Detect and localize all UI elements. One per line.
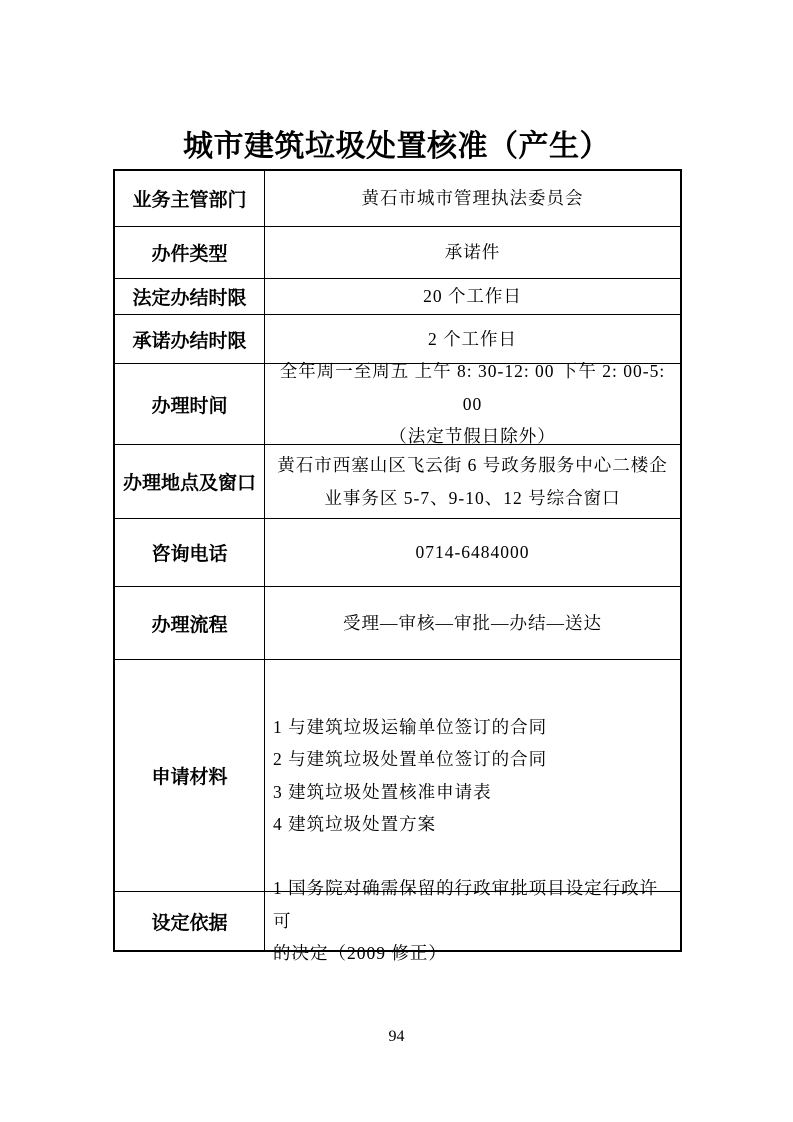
row-label: 申请材料 (115, 660, 265, 891)
row-value: 1 国务院对确需保留的行政审批项目设定行政许可 的决定（2009 修正） (265, 892, 680, 950)
document-page: 城市建筑垃圾处置核准（产生） 业务主管部门黄石市城市管理执法委员会办件类型承诺件… (0, 0, 793, 1122)
page-number: 94 (0, 1028, 793, 1046)
table-row: 业务主管部门黄石市城市管理执法委员会 (115, 171, 680, 227)
row-value: 黄石市城市管理执法委员会 (265, 171, 680, 226)
row-value: 20 个工作日 (265, 279, 680, 314)
table-row: 办理时间全年周一至周五 上午 8: 30-12: 00 下午 2: 00-5: … (115, 364, 680, 445)
row-label: 承诺办结时限 (115, 315, 265, 363)
row-value: 受理—审核—审批—办结—送达 (265, 587, 680, 659)
table-row: 设定依据1 国务院对确需保留的行政审批项目设定行政许可 的决定（2009 修正） (115, 892, 680, 950)
row-label: 办理时间 (115, 364, 265, 444)
row-label: 咨询电话 (115, 519, 265, 586)
table-row: 办件类型承诺件 (115, 227, 680, 279)
row-label: 办理地点及窗口 (115, 445, 265, 518)
row-value: 1 与建筑垃圾运输单位签订的合同 2 与建筑垃圾处置单位签订的合同 3 建筑垃圾… (265, 660, 680, 891)
row-value: 全年周一至周五 上午 8: 30-12: 00 下午 2: 00-5: 00 （… (265, 364, 680, 444)
row-label: 设定依据 (115, 892, 265, 950)
row-value: 黄石市西塞山区飞云街 6 号政务服务中心二楼企 业事务区 5-7、9-10、12… (265, 445, 680, 518)
row-value: 承诺件 (265, 227, 680, 278)
table-row: 法定办结时限20 个工作日 (115, 279, 680, 315)
table-row: 办理地点及窗口黄石市西塞山区飞云街 6 号政务服务中心二楼企 业事务区 5-7、… (115, 445, 680, 519)
row-label: 办件类型 (115, 227, 265, 278)
row-label: 办理流程 (115, 587, 265, 659)
page-title: 城市建筑垃圾处置核准（产生） (0, 121, 793, 165)
row-value: 0714-6484000 (265, 519, 680, 586)
table-row: 办理流程受理—审核—审批—办结—送达 (115, 587, 680, 660)
row-label: 业务主管部门 (115, 171, 265, 226)
table-row: 申请材料1 与建筑垃圾运输单位签订的合同 2 与建筑垃圾处置单位签订的合同 3 … (115, 660, 680, 892)
table-row: 咨询电话0714-6484000 (115, 519, 680, 587)
row-label: 法定办结时限 (115, 279, 265, 314)
service-info-table: 业务主管部门黄石市城市管理执法委员会办件类型承诺件法定办结时限20 个工作日承诺… (113, 169, 682, 952)
